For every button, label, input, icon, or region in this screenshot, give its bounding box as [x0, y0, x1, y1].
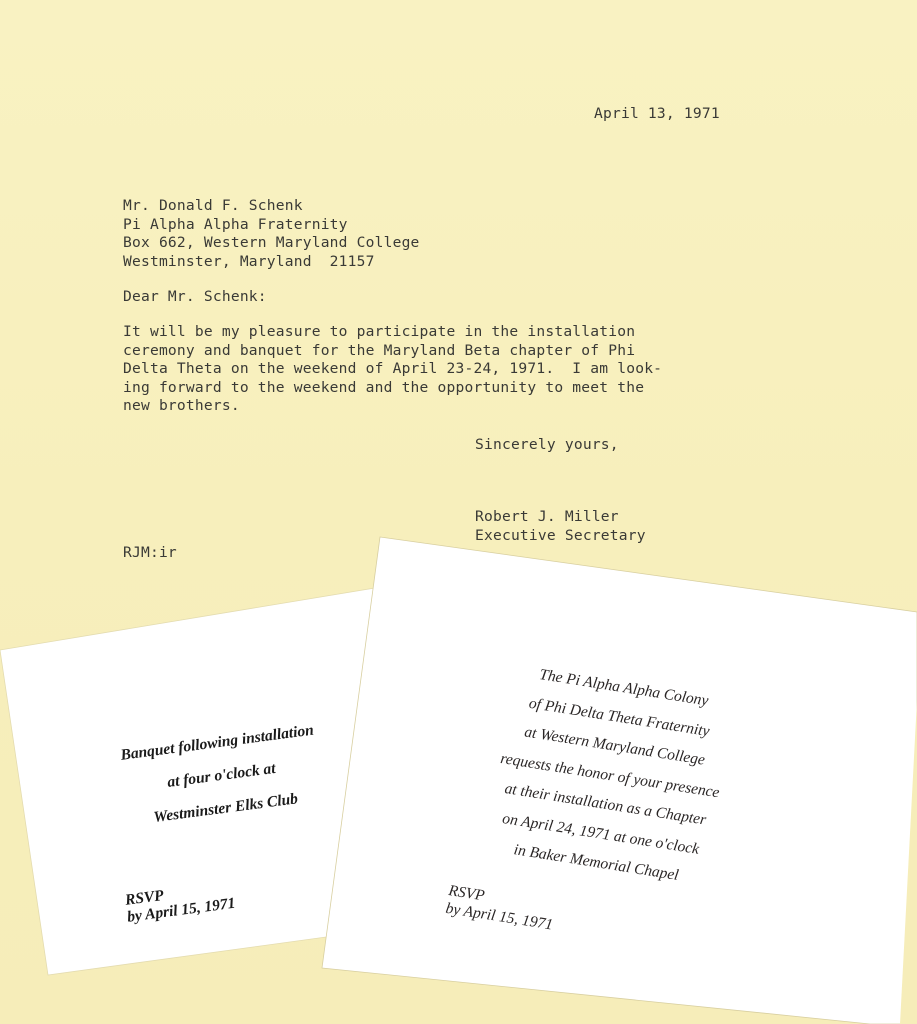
body-line: ceremony and banquet for the Maryland Be…: [123, 342, 662, 361]
reference-initials: RJM:ir: [123, 544, 177, 563]
body-line: It will be my pleasure to participate in…: [123, 323, 662, 342]
body-line: ing forward to the weekend and the oppor…: [123, 379, 662, 398]
signer-name: Robert J. Miller: [475, 508, 646, 527]
recipient-address: Mr. Donald F. SchenkPi Alpha Alpha Frate…: [123, 197, 420, 271]
signer-title: Executive Secretary: [475, 527, 646, 546]
recipient-name: Mr. Donald F. Schenk: [123, 197, 420, 216]
recipient-address-line: Box 662, Western Maryland College: [123, 234, 420, 253]
recipient-city-state-zip: Westminster, Maryland 21157: [123, 253, 420, 272]
body-line: Delta Theta on the weekend of April 23-2…: [123, 360, 662, 379]
body-line: new brothers.: [123, 397, 662, 416]
letter-page: April 13, 1971 Mr. Donald F. SchenkPi Al…: [0, 0, 917, 1024]
recipient-organization: Pi Alpha Alpha Fraternity: [123, 216, 420, 235]
salutation: Dear Mr. Schenk:: [123, 288, 267, 307]
letter-body: It will be my pleasure to participate in…: [123, 323, 662, 416]
letter-date: April 13, 1971: [594, 105, 720, 124]
closing: Sincerely yours,: [475, 436, 619, 455]
signature-block: Robert J. MillerExecutive Secretary: [475, 508, 646, 545]
